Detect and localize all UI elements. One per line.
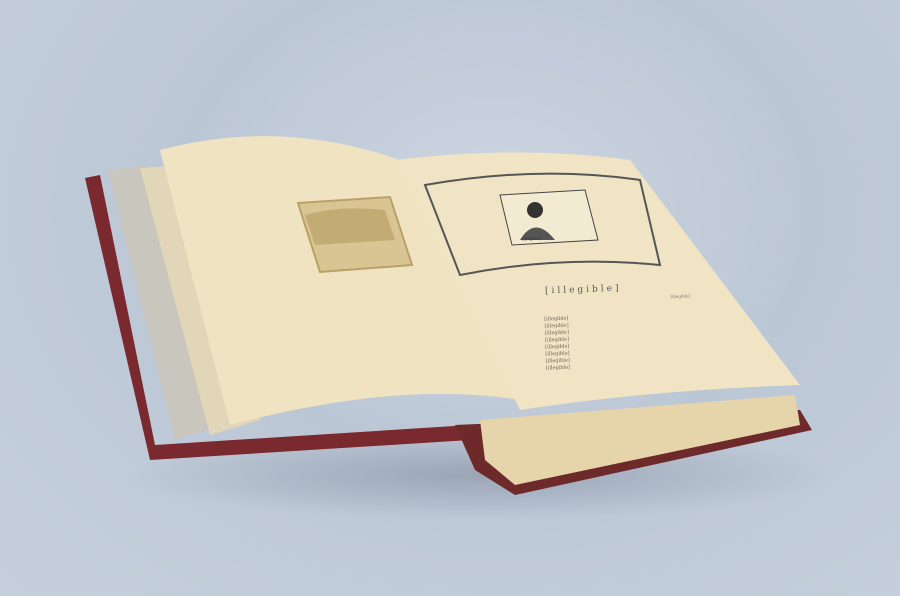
portrait-caption: [illegible] — [522, 236, 542, 242]
poem-text: [illegible] [illegible] [illegible] [ill… — [544, 312, 686, 373]
book-illustration — [0, 0, 900, 596]
photo-scene: [illegible] [illegible] [illegible] [ill… — [0, 0, 900, 596]
portrait-head — [527, 202, 543, 218]
